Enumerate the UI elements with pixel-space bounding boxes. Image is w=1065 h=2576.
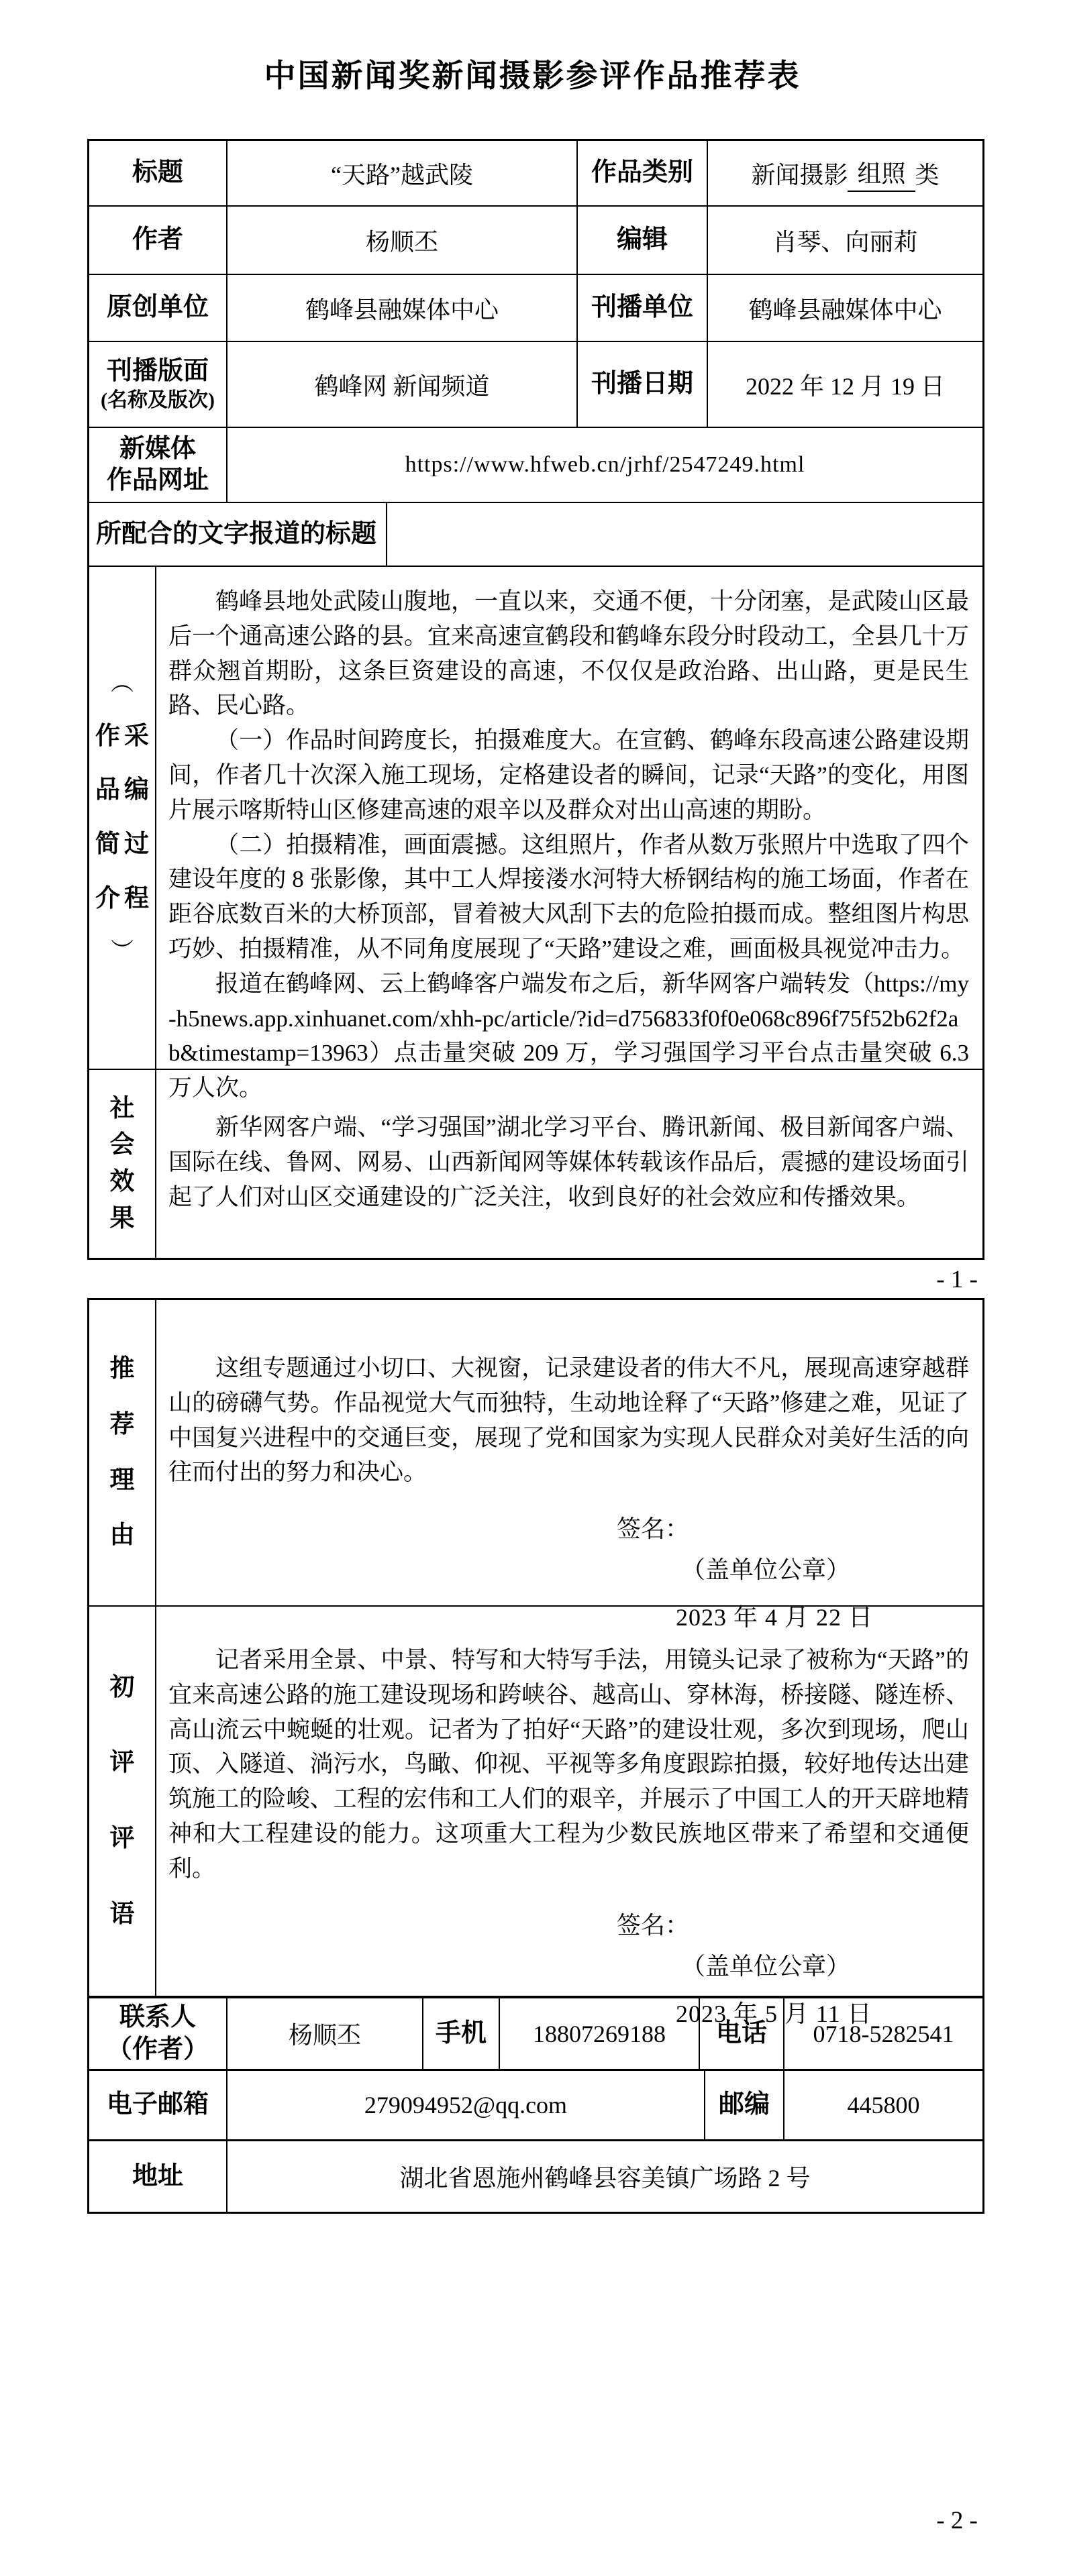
social-effect-text: 新华网客户端、“学习强国”湖北学习平台、腾讯新闻、极目新闻客户端、国际在线、鲁网… — [155, 1070, 982, 1258]
initial-review-paragraph: 记者采用全景、中景、特写和大特写手法，用镜头记录了被称为“天路”的宜来高速公路的… — [168, 1643, 969, 1886]
row-recommend-reason: 推 荐 理 由 这组专题通过小切口、大视窗，记录建设者的伟大不凡，展现高速穿越群… — [89, 1300, 982, 1605]
review-label-char: 初 — [106, 1674, 139, 1702]
media-url-label-line1: 新媒体 — [119, 433, 196, 466]
recommend-seal-note: （盖单位公章） — [681, 1551, 969, 1585]
review-label-char: 评 — [106, 1750, 139, 1777]
zipcode-label: 邮编 — [704, 2071, 783, 2139]
contact-label-line1: 联系人 — [119, 2002, 196, 2034]
mobile-value: 18807269188 — [499, 1998, 699, 2069]
author-value: 杨顺丕 — [226, 207, 576, 274]
category-prefix: 新闻摄影 — [751, 156, 848, 191]
text-report-title-label: 所配合的文字报道的标题 — [89, 503, 386, 566]
original-unit-label: 原创单位 — [89, 275, 226, 341]
intro-process-vertical-label: ︵ 作采 品编 简过 介程 ︶ — [89, 567, 155, 1069]
publish-page-label-line2: (名称及版次) — [101, 387, 215, 413]
intro-label-line: 介程 — [91, 885, 153, 913]
row-intro-process: ︵ 作采 品编 简过 介程 ︶ 鹤峰县地处武陵山腹地，一直以来，交通不便，十分闭… — [89, 566, 982, 1069]
row-contact: 联系人 （作者） 杨顺丕 手机 18807269188 电话 0718-5282… — [89, 1996, 982, 2069]
page-title: 中国新闻奖新闻摄影参评作品推荐表 — [0, 51, 1065, 96]
social-label-char: 果 — [106, 1205, 139, 1233]
media-url-value: https://www.hfweb.cn/jrhf/2547249.html — [226, 428, 982, 502]
contact-label: 联系人 （作者） — [89, 1998, 226, 2069]
publish-unit-label: 刊播单位 — [576, 275, 707, 341]
editor-value: 肖琴、向丽莉 — [707, 207, 982, 274]
publish-date-label: 刊播日期 — [576, 342, 707, 427]
social-label-char: 社 — [106, 1095, 139, 1123]
title-value: “天路”越武陵 — [226, 141, 576, 205]
publish-date-value: 2022 年 12 月 19 日 — [707, 342, 982, 427]
review-label-char: 评 — [106, 1825, 139, 1853]
row-author: 作者 杨顺丕 编辑 肖琴、向丽莉 — [89, 205, 982, 274]
intro-process-text: 鹤峰县地处武陵山腹地，一直以来，交通不便，十分闭塞，是武陵山区最后一个通高速公路… — [155, 567, 982, 1069]
initial-review-text: 记者采用全景、中景、特写和大特写手法，用镜头记录了被称为“天路”的宜来高速公路的… — [155, 1607, 982, 1996]
media-url-label: 新媒体 作品网址 — [89, 428, 226, 502]
original-unit-value: 鹤峰县融媒体中心 — [226, 275, 576, 341]
contact-name-value: 杨顺丕 — [226, 1998, 422, 2069]
row-social-effect: 社 会 效 果 新华网客户端、“学习强国”湖北学习平台、腾讯新闻、极目新闻客户端… — [89, 1069, 982, 1258]
row-email: 电子邮箱 279094952@qq.com 邮编 445800 — [89, 2069, 982, 2139]
category-label: 作品类别 — [576, 141, 707, 205]
row-address: 地址 湖北省恩施州鹤峰县容美镇广场路 2 号 — [89, 2139, 982, 2212]
intro-paragraph-2: （一）作品时间跨度长，拍摄难度大。在宣鹤、鹤峰东段高速公路建设期间，作者几十次深… — [168, 723, 969, 827]
text-report-title-value-empty — [386, 503, 982, 566]
phone-label: 电话 — [699, 1998, 783, 2069]
phone-value: 0718-5282541 — [783, 1998, 982, 2069]
row-initial-review: 初 评 评 语 记者采用全景、中景、特写和大特写手法，用镜头记录了被称为“天路”… — [89, 1605, 982, 1996]
recommend-sign-label: 签名： — [617, 1510, 969, 1544]
page1-number: - 1 - — [0, 1265, 978, 1294]
publish-unit-value: 鹤峰县融媒体中心 — [707, 275, 982, 341]
intro-label-line: 作采 — [91, 723, 153, 751]
media-url-label-line2: 作品网址 — [107, 465, 209, 497]
intro-label-line: 品编 — [91, 777, 153, 804]
title-label: 标题 — [89, 141, 226, 205]
row-text-report-title: 所配合的文字报道的标题 — [89, 502, 982, 566]
page2-number: - 2 - — [0, 2506, 978, 2535]
intro-label-line: 简过 — [91, 831, 153, 859]
intro-label-paren-close: ︶ — [107, 939, 138, 964]
form-table-page2: 推 荐 理 由 这组专题通过小切口、大视窗，记录建设者的伟大不凡，展现高速穿越群… — [87, 1298, 984, 2214]
social-label-char: 会 — [106, 1132, 139, 1159]
row-original-unit: 原创单位 鹤峰县融媒体中心 刊播单位 鹤峰县融媒体中心 — [89, 274, 982, 341]
form-table-page1: 标题 “天路”越武陵 作品类别 新闻摄影 组照 类 作者 杨顺丕 编辑 肖琴、向… — [87, 139, 984, 1260]
recommend-reason-paragraph: 这组专题通过小切口、大视窗，记录建设者的伟大不凡，展现高速穿越群山的磅礴气势。作… — [168, 1351, 969, 1490]
recommend-reason-text: 这组专题通过小切口、大视窗，记录建设者的伟大不凡，展现高速穿越群山的磅礴气势。作… — [155, 1300, 982, 1605]
social-effect-vertical-label: 社 会 效 果 — [89, 1070, 155, 1258]
email-value: 279094952@qq.com — [226, 2071, 704, 2139]
publish-page-label: 刊播版面 (名称及版次) — [89, 342, 226, 427]
review-label-char: 语 — [106, 1901, 139, 1929]
social-effect-paragraph: 新华网客户端、“学习强国”湖北学习平台、腾讯新闻、极目新闻客户端、国际在线、鲁网… — [168, 1110, 969, 1214]
email-label: 电子邮箱 — [89, 2071, 226, 2139]
social-label-char: 效 — [106, 1169, 139, 1196]
contact-label-line2: （作者） — [107, 2034, 209, 2066]
mobile-label: 手机 — [422, 1998, 499, 2069]
recommend-label-char: 由 — [106, 1522, 139, 1550]
address-value: 湖北省恩施州鹤峰县容美镇广场路 2 号 — [226, 2141, 982, 2212]
address-label: 地址 — [89, 2141, 226, 2212]
review-sign-label: 签名： — [617, 1907, 969, 1941]
author-label: 作者 — [89, 207, 226, 274]
publish-page-value: 鹤峰网 新闻频道 — [226, 342, 576, 427]
zipcode-value: 445800 — [783, 2071, 982, 2139]
intro-paragraph-1: 鹤峰县地处武陵山腹地，一直以来，交通不便，十分闭塞，是武陵山区最后一个通高速公路… — [168, 584, 969, 723]
intro-paragraph-3: （二）拍摄精准，画面震撼。这组照片，作者从数万张照片中选取了四个建设年度的 8 … — [168, 828, 969, 967]
row-media-url: 新媒体 作品网址 https://www.hfweb.cn/jrhf/25472… — [89, 427, 982, 502]
category-type-underlined: 组照 — [848, 155, 915, 192]
recommend-label-char: 推 — [106, 1356, 139, 1383]
category-suffix: 类 — [915, 156, 940, 191]
review-seal-note: （盖单位公章） — [681, 1947, 969, 1982]
document-page: 中国新闻奖新闻摄影参评作品推荐表 标题 “天路”越武陵 作品类别 新闻摄影 组照… — [0, 0, 1065, 2576]
category-value: 新闻摄影 组照 类 — [707, 141, 982, 205]
recommend-reason-vertical-label: 推 荐 理 由 — [89, 1300, 155, 1605]
publish-page-label-line1: 刊播版面 — [107, 356, 209, 388]
row-publish-page: 刊播版面 (名称及版次) 鹤峰网 新闻频道 刊播日期 2022 年 12 月 1… — [89, 341, 982, 427]
intro-label-paren-open: ︵ — [107, 671, 138, 696]
row-title: 标题 “天路”越武陵 作品类别 新闻摄影 组照 类 — [89, 141, 982, 205]
editor-label: 编辑 — [576, 207, 707, 274]
initial-review-vertical-label: 初 评 评 语 — [89, 1607, 155, 1996]
recommend-label-char: 理 — [106, 1467, 139, 1495]
recommend-label-char: 荐 — [106, 1411, 139, 1439]
